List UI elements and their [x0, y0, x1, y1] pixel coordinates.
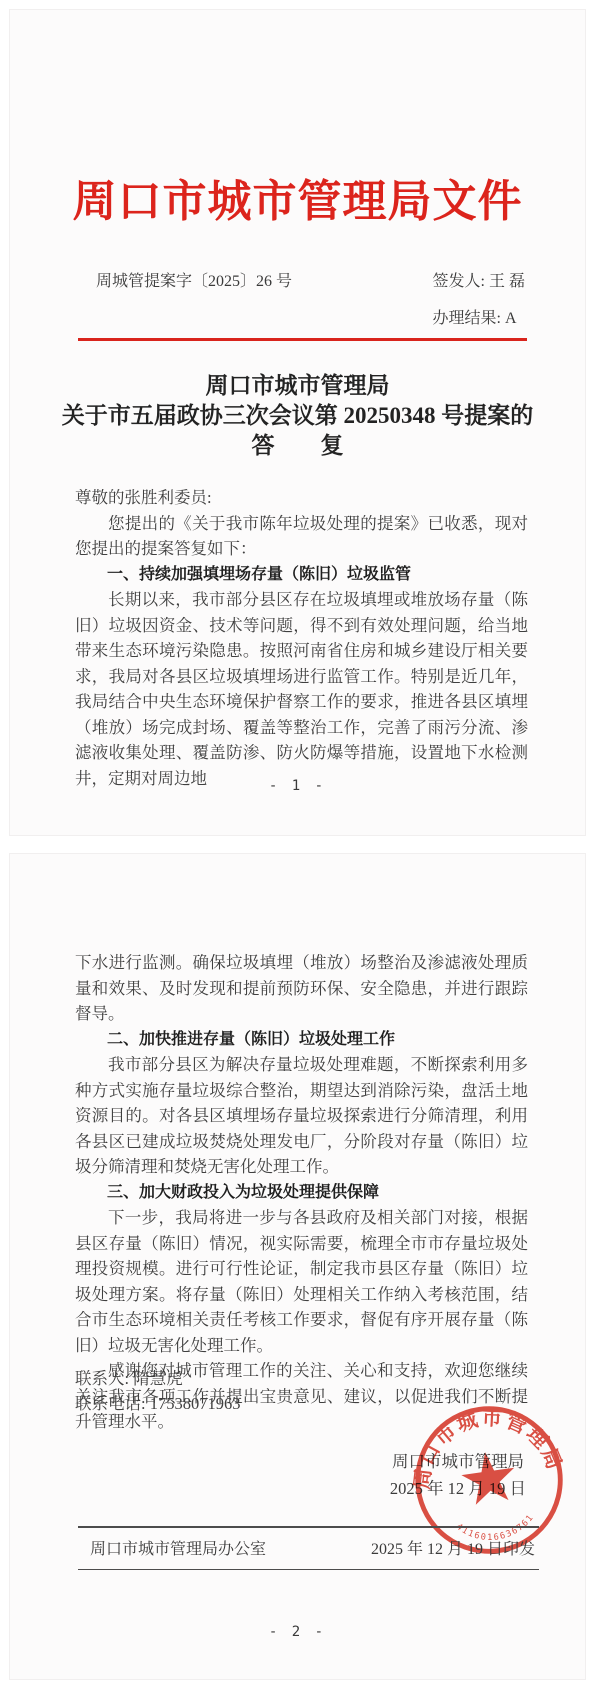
- footer-imprint-row: 周口市城市管理局办公室 2025 年 12 月 19 日印发: [78, 1526, 539, 1570]
- section-1-paragraph: 长期以来，我市部分县区存在垃圾填埋或堆放场存量（陈旧）垃圾因资金、技术等问题，得…: [75, 587, 528, 791]
- document-title-line3: 答 复: [10, 431, 585, 461]
- page-number-2: - 2 -: [10, 1624, 585, 1640]
- letterhead-title: 周口市城市管理局文件: [10, 178, 585, 226]
- document-meta-row: 周城管提案字〔2025〕26 号 签发人: 王 磊 办理结果: A: [96, 268, 525, 328]
- footer-issuing-office: 周口市城市管理局办公室: [90, 1536, 266, 1559]
- handling-result: 办理结果: A: [433, 305, 525, 328]
- continuation-paragraph: 下水进行监测。确保垃圾填埋（堆放）场整治及渗滤液处理质量和效果、及时发现和提前预…: [75, 950, 528, 1027]
- contact-person: 联系人: 隋慧虎: [75, 1366, 240, 1391]
- document-title: 周口市城市管理局 关于市五届政协三次会议第 20250348 号提案的 答 复: [10, 371, 585, 461]
- document-page-1: 周口市城市管理局文件 周城管提案字〔2025〕26 号 签发人: 王 磊 办理结…: [9, 9, 586, 836]
- section-2-heading: 二、加快推进存量（陈旧）垃圾处理工作: [75, 1027, 528, 1053]
- signature-block: 周口市城市管理局 2025 年 12 月 19 日: [390, 1448, 526, 1502]
- document-body-page2: 下水进行监测。确保垃圾填埋（堆放）场整治及渗滤液处理质量和效果、及时发现和提前预…: [75, 950, 528, 1435]
- document-page-2: 下水进行监测。确保垃圾填埋（堆放）场整治及渗滤液处理质量和效果、及时发现和提前预…: [9, 853, 586, 1680]
- section-1-heading: 一、持续加强填埋场存量（陈旧）垃圾监管: [75, 562, 528, 588]
- contact-block: 联系人: 隋慧虎 联系电话: 17538071963: [75, 1366, 240, 1416]
- intro-paragraph: 您提出的《关于我市陈年垃圾处理的提案》已收悉，现对您提出的提案答复如下：: [75, 511, 528, 562]
- red-divider-line: [78, 338, 527, 341]
- signer-name: 签发人: 王 磊: [433, 268, 525, 291]
- section-2-paragraph: 我市部分县区为解决存量垃圾处理难题，不断探索利用多种方式实施存量垃圾综合整治，期…: [75, 1052, 528, 1180]
- document-viewer: 周口市城市管理局文件 周城管提案字〔2025〕26 号 签发人: 王 磊 办理结…: [0, 9, 595, 1680]
- signature-organization: 周口市城市管理局: [390, 1448, 526, 1475]
- salutation: 尊敬的张胜利委员:: [75, 485, 528, 511]
- signature-date: 2025 年 12 月 19 日: [390, 1475, 526, 1502]
- section-3-paragraph: 下一步，我局将进一步与各县政府及相关部门对接，根据县区存量（陈旧）情况，视实际需…: [75, 1205, 528, 1358]
- footer-print-date: 2025 年 12 月 19 日印发: [371, 1536, 535, 1559]
- contact-phone: 联系电话: 17538071963: [75, 1391, 240, 1416]
- page-number-1: - 1 -: [10, 778, 585, 794]
- signer-column: 签发人: 王 磊 办理结果: A: [433, 268, 525, 328]
- section-3-heading: 三、加大财政投入为垃圾处理提供保障: [75, 1180, 528, 1206]
- document-title-line2: 关于市五届政协三次会议第 20250348 号提案的: [10, 401, 585, 431]
- document-title-line1: 周口市城市管理局: [10, 371, 585, 401]
- document-number: 周城管提案字〔2025〕26 号: [96, 268, 292, 291]
- document-body-page1: 尊敬的张胜利委员: 您提出的《关于我市陈年垃圾处理的提案》已收悉，现对您提出的提…: [75, 485, 528, 791]
